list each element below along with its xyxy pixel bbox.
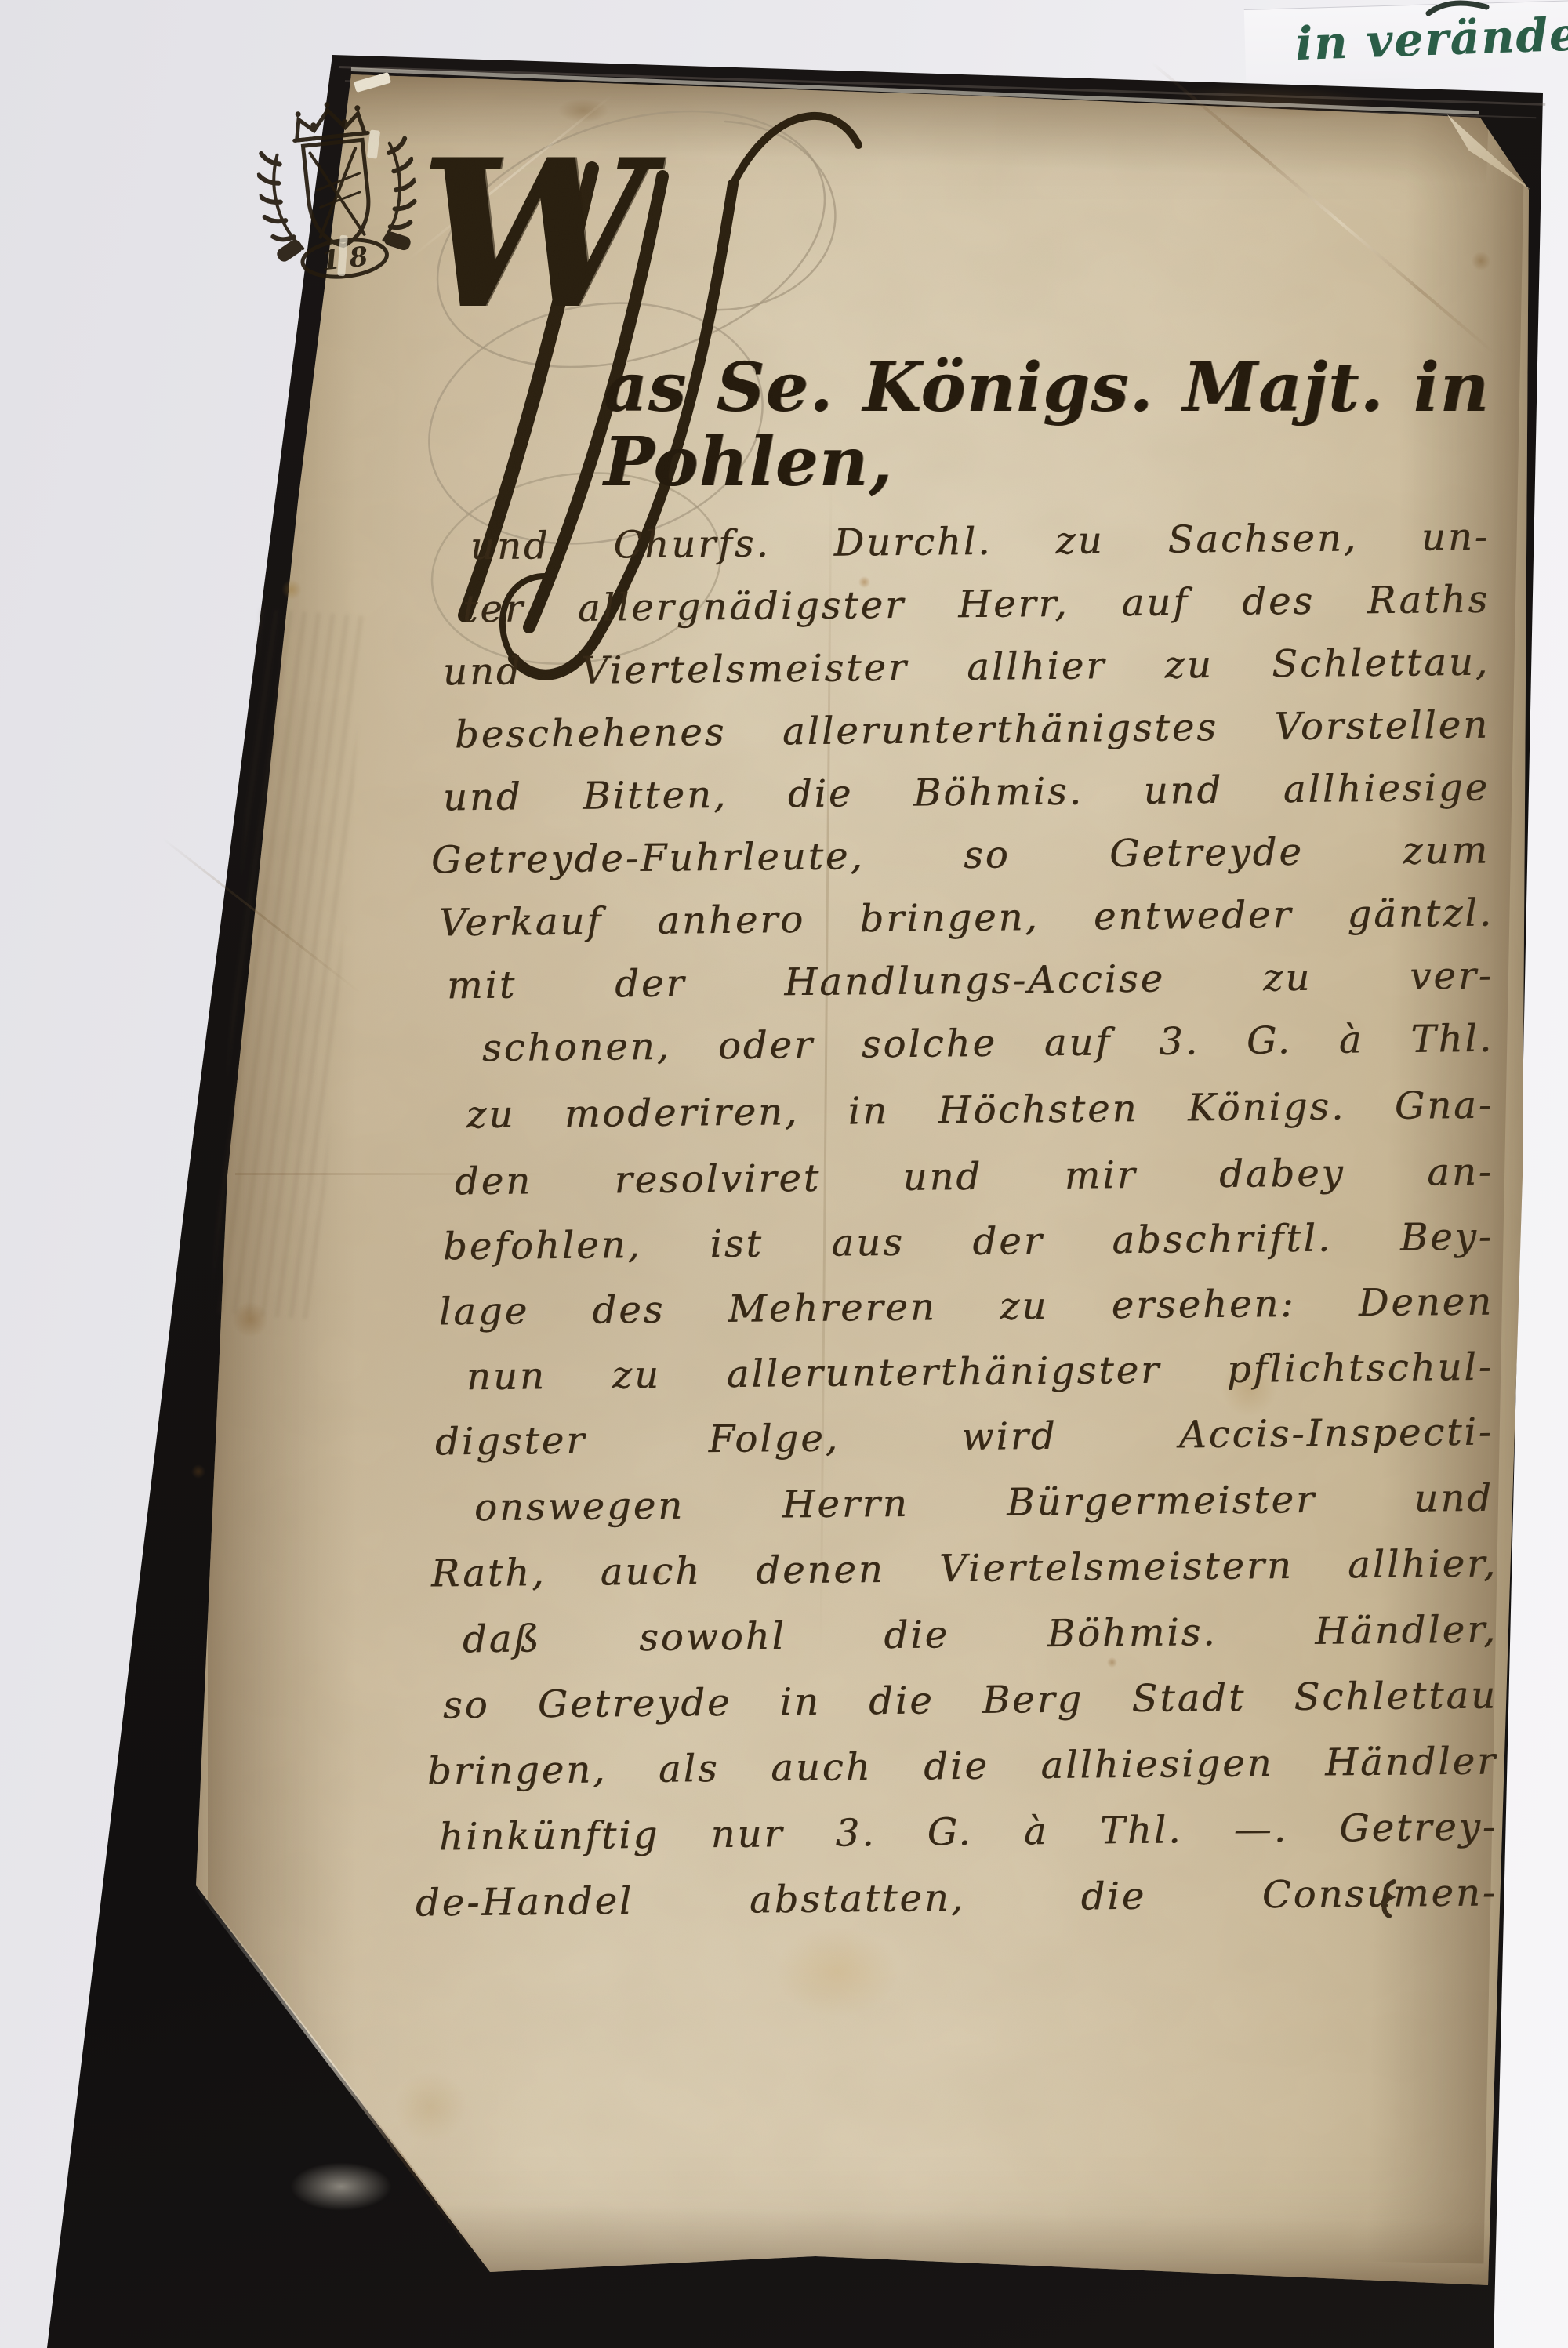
manuscript-line: so Getreyde in die Berg Stadt Schlettau xyxy=(443,1671,1498,1730)
manuscript-line: nun zu allerunterthänigster pflichtschul… xyxy=(466,1343,1494,1402)
stain xyxy=(1472,252,1490,270)
manuscript-line: und Viertelsmeister allhier zu Schlettau… xyxy=(443,638,1490,697)
manuscript-line: Rath, auch denen Viertelsmeistern allhie… xyxy=(431,1539,1498,1598)
manuscript-line: daß sowohl die Böhmis. Händler, xyxy=(463,1606,1498,1664)
laurel-branch-left-icon xyxy=(256,151,303,252)
manuscript-line: zu moderiren, in Höchsten Königs. Gna- xyxy=(466,1081,1494,1140)
manuscript-line: de-Handel abstatten, die Consumen- xyxy=(416,1868,1498,1927)
crowned-coat-of-arms-stamp-icon: 1 8 xyxy=(249,80,425,292)
stain xyxy=(1107,1657,1117,1668)
manuscript-line: ter allergnädigster Herr, auf des Raths xyxy=(463,575,1490,634)
manuscript-line: den resolviret und mir dabey an- xyxy=(455,1148,1494,1207)
manuscript-line: hinkünftig nur 3. G. à Thl. —. Getrey- xyxy=(439,1803,1498,1862)
stain xyxy=(281,579,302,600)
page-title: as Se. Königs. Majt. in Pohlen, xyxy=(604,351,1490,499)
manuscript-line: onswegen Herrn Bürgermeister und xyxy=(474,1474,1494,1532)
manuscript-line: Verkauf anhero bringen, entweder gäntzl. xyxy=(439,889,1494,948)
manuscript-line: beschehenes allerunterthänigstes Vorstel… xyxy=(455,701,1490,760)
manuscript-line: lage des Mehreren zu ersehen: Denen xyxy=(439,1278,1494,1337)
stain xyxy=(394,2070,466,2143)
annotation-partial-stroke xyxy=(1425,0,1491,16)
manuscript-line: digster Folge, wird Accis-Inspecti- xyxy=(435,1408,1494,1467)
ink-mark xyxy=(1377,1878,1400,1919)
stain xyxy=(191,1464,205,1479)
manuscript-line: und Churfs. Durchl. zu Sachsen, un- xyxy=(470,513,1490,571)
stain xyxy=(232,1301,268,1337)
manuscript-line: Getreyde-Fuhrleute, so Getreyde zum xyxy=(431,826,1490,885)
manuscript-line: schonen, oder solche auf 3. G. à Thl. xyxy=(482,1014,1494,1072)
manuscript-line: bringen, als auch die allhiesigen Händle… xyxy=(427,1737,1498,1795)
heading-initial-letter: W xyxy=(419,133,648,337)
manuscript-line: befohlen, ist aus der abschriftl. Bey- xyxy=(443,1213,1494,1272)
manuscript-line: mit der Handlungs-Accise zu ver- xyxy=(447,952,1494,1011)
worn-light-spot xyxy=(290,2162,392,2211)
document-photograph: 1 8 W as Se. Königs. Majt. in Pohlen, un… xyxy=(0,0,1568,2348)
stain xyxy=(775,1927,900,2017)
manuscript-line: und Bitten, die Böhmis. und allhiesige xyxy=(443,764,1490,822)
